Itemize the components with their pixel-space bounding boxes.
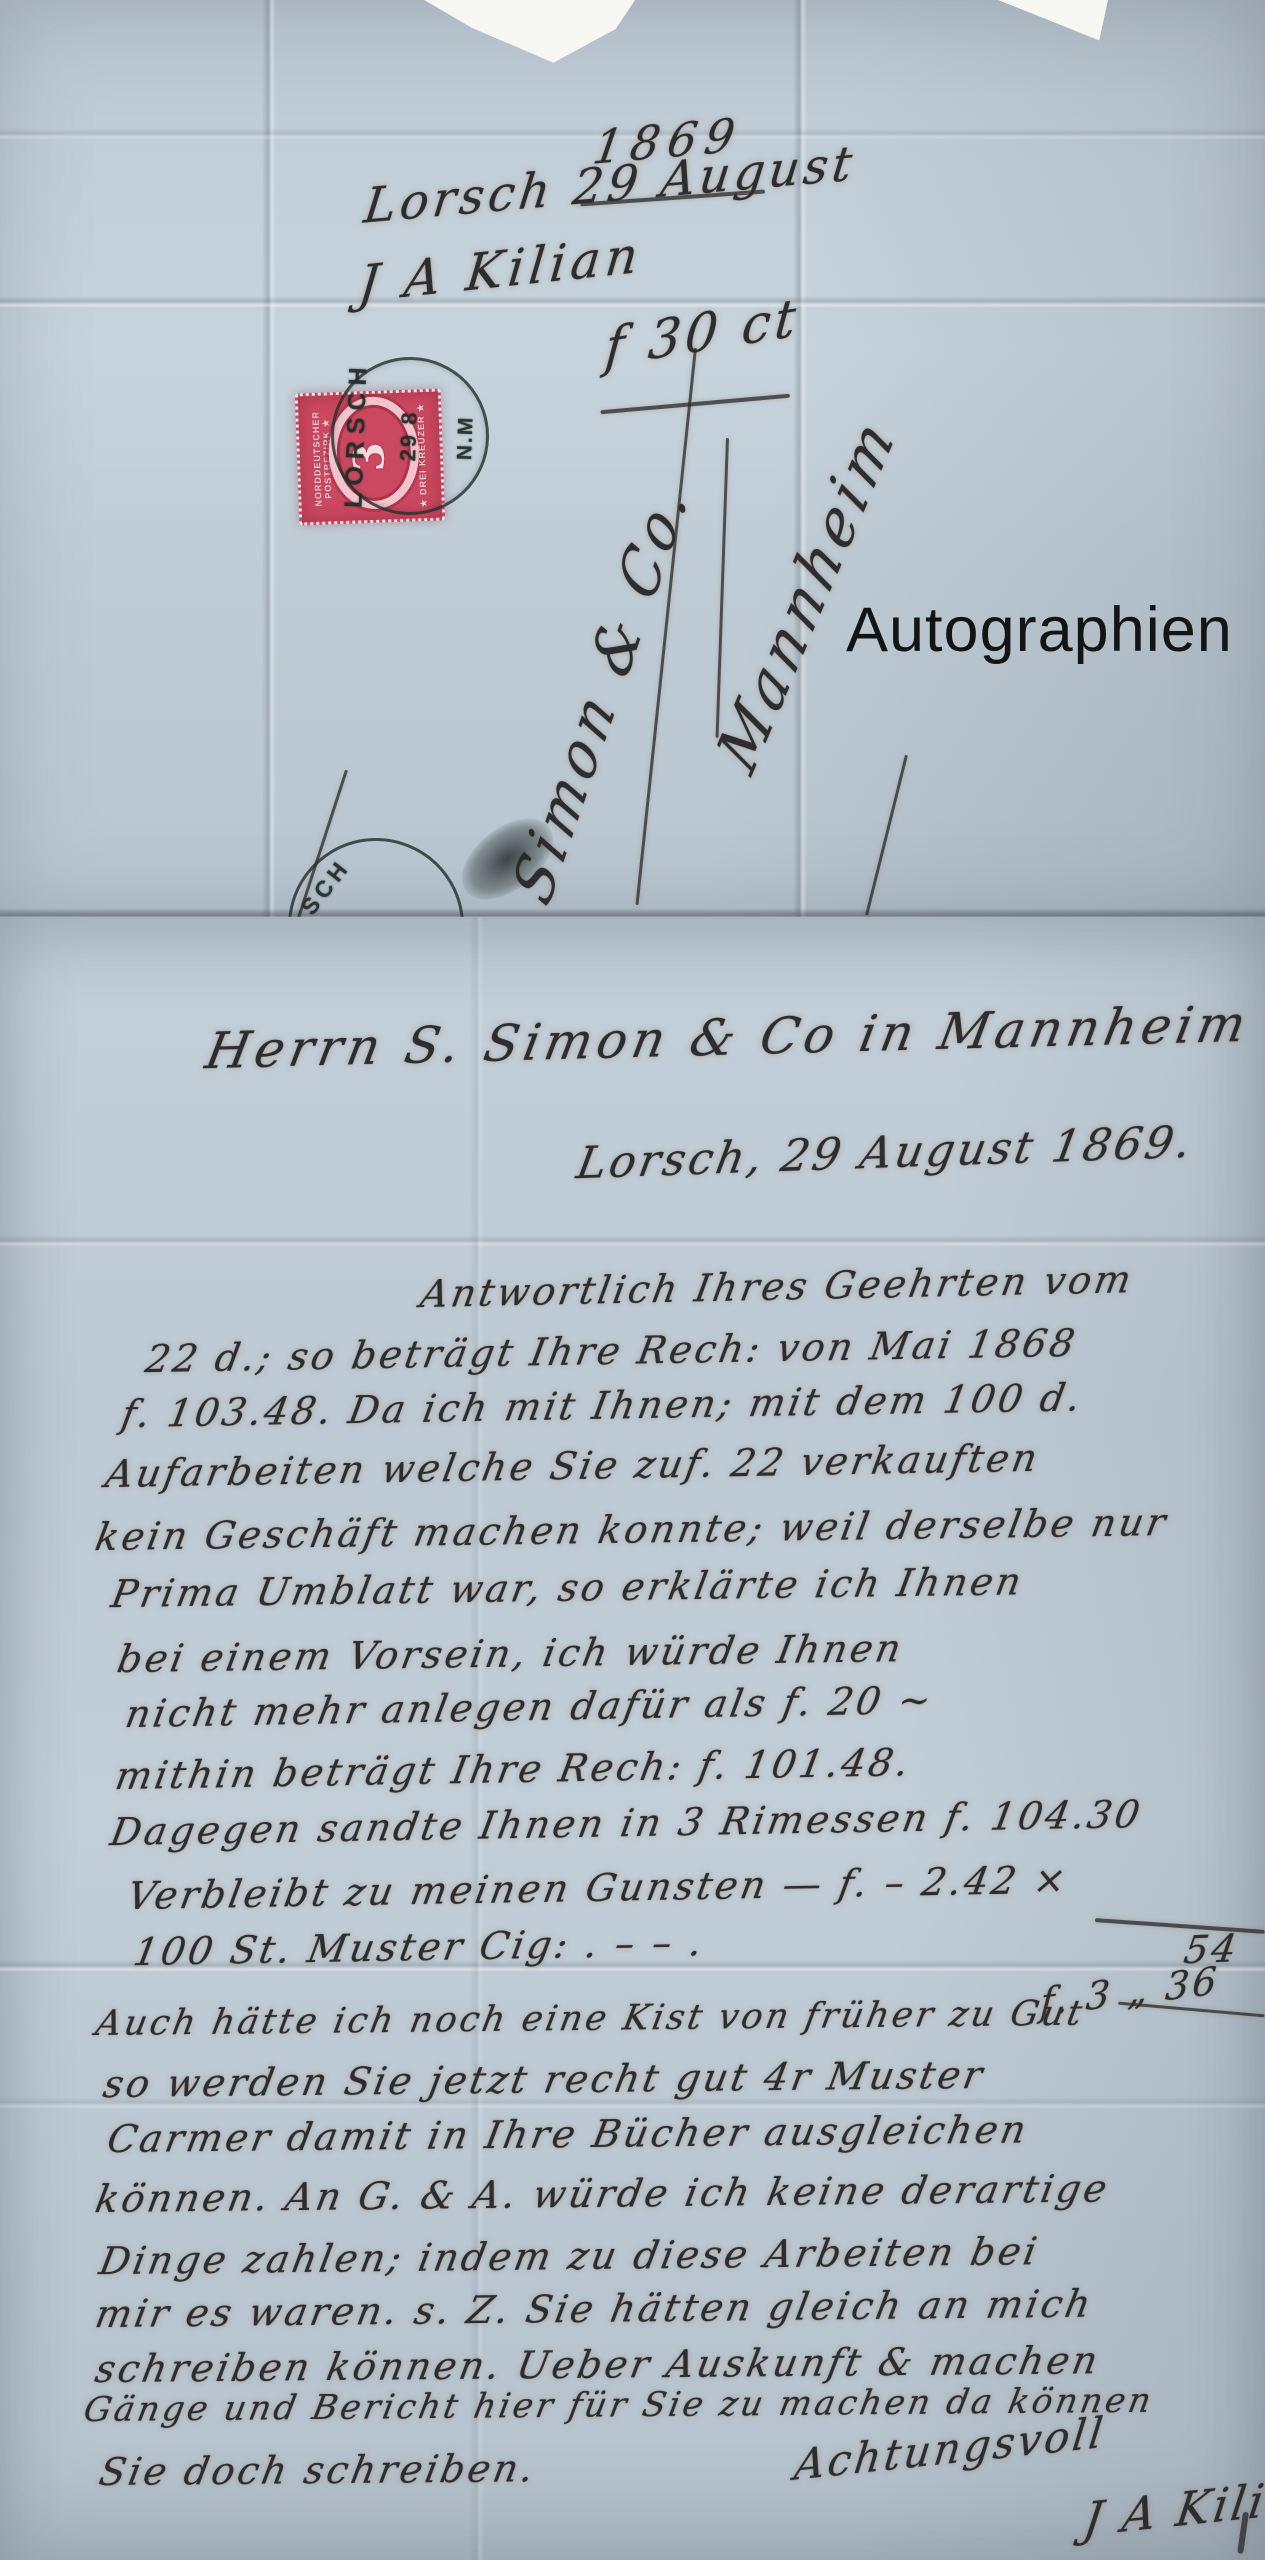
franking-underline <box>600 394 790 415</box>
address-flourish-right <box>865 755 908 916</box>
franking-note: f 30 ct <box>603 287 802 379</box>
postmark-time-code: N.M <box>451 362 480 515</box>
body-line-22: Sie doch schreiben. <box>96 2446 540 2494</box>
fold-crease-vertical-right <box>793 0 807 917</box>
postmark-lorsch: LORSCH 29 8 N.M <box>328 354 491 517</box>
scanned-letter-document: 1869 Lorsch 29 August J A Kilian f 30 ct… <box>0 0 1265 2560</box>
cover-sheet: 1869 Lorsch 29 August J A Kilian f 30 ct… <box>0 0 1265 917</box>
fold-crease-horizontal <box>0 296 1265 308</box>
letter-crease-1 <box>0 1235 1265 1247</box>
torn-edge-top-right <box>998 0 1108 46</box>
postmark-partial-strike: SCH <box>252 802 499 917</box>
fold-crease-vertical-left <box>262 0 276 917</box>
torn-edge-top-center <box>420 0 635 66</box>
dealer-label: Autographien <box>846 594 1233 666</box>
postmark-town: LORSCH <box>339 358 373 511</box>
postmark-date: 29 8 <box>393 360 424 513</box>
body-line-15: so werden Sie jetzt recht gut 4r Muster <box>100 2053 989 2106</box>
docket-sender-name: J A Kilian <box>356 225 646 314</box>
